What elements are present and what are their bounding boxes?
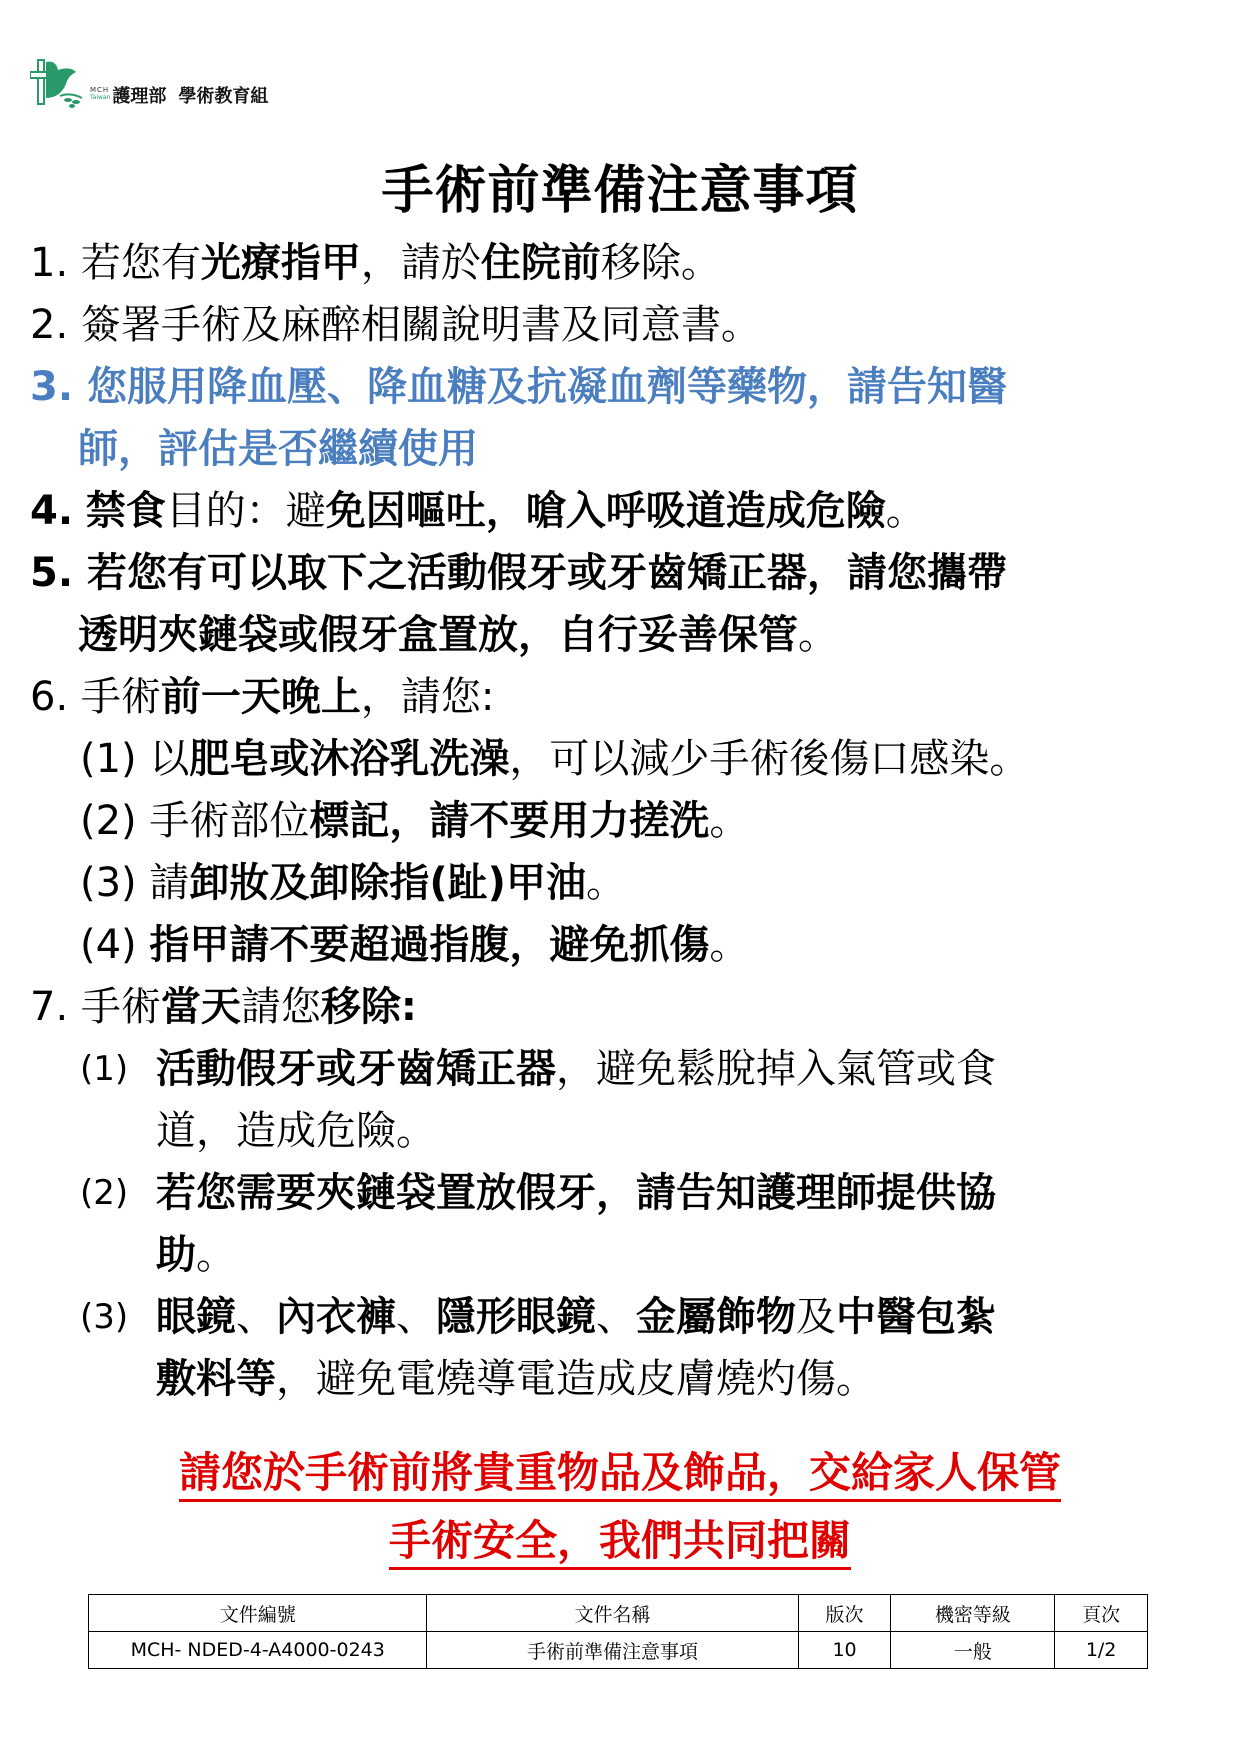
item-7-sub-1-cont: 道，造成危險。 [30, 1100, 1220, 1162]
item-7-sub-3: (3) 眼鏡、內衣褲、隱形眼鏡、金屬飾物及中醫包紮 [30, 1286, 1220, 1348]
confidentiality: 一般 [891, 1632, 1055, 1669]
item-7-sub-3-cont: 敷料等，避免電燒導電造成皮膚燒灼傷。 [30, 1348, 1220, 1410]
page-number: 1/2 [1055, 1632, 1148, 1669]
logo-text: MCH Taiwan [90, 86, 110, 102]
safety-slogan: 手術安全，我們共同把關 [0, 1508, 1240, 1568]
header-page: 頁次 [1055, 1595, 1148, 1632]
item-6-sub-3: (3) 請卸妝及卸除指(趾)甲油。 [30, 852, 1220, 914]
header-doc-number: 文件編號 [89, 1595, 427, 1632]
item-6: 6. 手術前一天晚上，請您: [30, 666, 1220, 728]
item-4: 4. 禁食目的：避免因嘔吐，嗆入呼吸道造成危險。 [30, 480, 1220, 542]
item-7-sub-2: (2) 若您需要夾鏈袋置放假牙，請告知護理師提供協 [30, 1162, 1220, 1224]
cross-dove-icon [30, 58, 90, 110]
department-name: 護理部學術教育組 [112, 82, 268, 108]
header-confidentiality: 機密等級 [891, 1595, 1055, 1632]
item-6-sub-2: (2) 手術部位標記，請不要用力搓洗。 [30, 790, 1220, 852]
item-6-sub-4: (4) 指甲請不要超過指腹，避免抓傷。 [30, 914, 1220, 976]
item-3-cont: 師，評估是否繼續使用 [30, 418, 1220, 480]
item-7-sub-1: (1) 活動假牙或牙齒矯正器，避免鬆脫掉入氣管或食 [30, 1038, 1220, 1100]
table-header-row: 文件編號 文件名稱 版次 機密等級 頁次 [89, 1595, 1148, 1632]
item-2: 2. 簽署手術及麻醉相關說明書及同意書。 [30, 294, 1220, 356]
item-5-cont: 透明夾鏈袋或假牙盒置放，自行妥善保管。 [30, 604, 1220, 666]
instructions-list: 1. 若您有光療指甲，請於住院前移除。 2. 簽署手術及麻醉相關說明書及同意書。… [30, 232, 1220, 1410]
item-1: 1. 若您有光療指甲，請於住院前移除。 [30, 232, 1220, 294]
item-6-sub-1: (1) 以肥皂或沐浴乳洗澡，可以減少手術後傷口感染。 [30, 728, 1220, 790]
doc-number: MCH- NDED-4-A4000-0243 [89, 1632, 427, 1669]
item-3: 3. 您服用降血壓、降血糖及抗凝血劑等藥物，請告知醫 [30, 356, 1220, 418]
header-doc-name: 文件名稱 [427, 1595, 798, 1632]
document-info-table: 文件編號 文件名稱 版次 機密等級 頁次 MCH- NDED-4-A4000-0… [88, 1594, 1148, 1669]
table-row: MCH- NDED-4-A4000-0243 手術前準備注意事項 10 一般 1… [89, 1632, 1148, 1669]
version: 10 [798, 1632, 891, 1669]
header-version: 版次 [798, 1595, 891, 1632]
hospital-logo: MCH Taiwan 護理部學術教育組 [30, 58, 268, 110]
page-title: 手術前準備注意事項 [0, 148, 1240, 223]
doc-name: 手術前準備注意事項 [427, 1632, 798, 1669]
valuables-warning: 請您於手術前將貴重物品及飾品，交給家人保管 [0, 1440, 1240, 1500]
item-7: 7. 手術當天請您移除: [30, 976, 1220, 1038]
item-7-sub-2-cont: 助。 [30, 1224, 1220, 1286]
item-5: 5. 若您有可以取下之活動假牙或牙齒矯正器，請您攜帶 [30, 542, 1220, 604]
